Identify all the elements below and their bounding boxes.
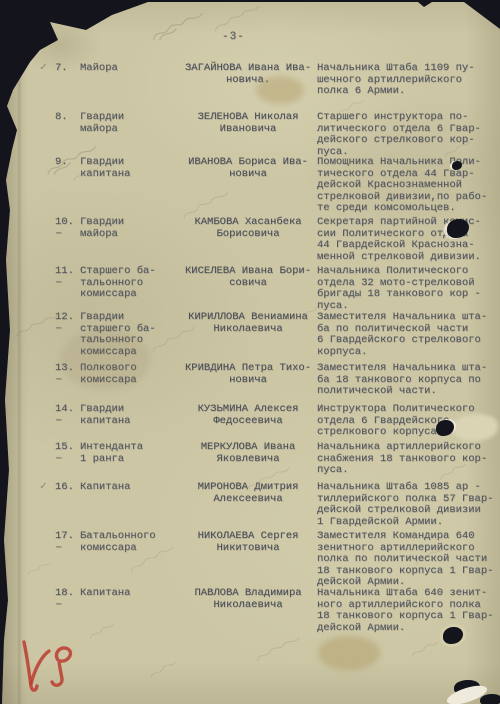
entry-dash-mark: — [56, 453, 61, 465]
rank-column: Полкового комиссара [80, 363, 176, 386]
entry-dash-mark: — [56, 542, 61, 554]
entry-number: 18. [55, 588, 79, 600]
name-column: НИКОЛАЕВА Сергея Никитовича [172, 531, 324, 554]
position-column: Заместителя Начальника шта- ба по полити… [317, 312, 498, 358]
rank-column: Капитана [80, 588, 176, 600]
entry-dash-mark: — [56, 277, 61, 289]
red-signature [16, 634, 96, 698]
entry-number: 11. [55, 266, 79, 278]
award-entries-list: ✓ 7. Майора ЗАГАЙНОВА Ивана Ива- новича.… [0, 0, 500, 704]
paper-tear [452, 414, 498, 441]
rank-column: Гвардии капитана [80, 157, 176, 180]
position-column: Начальника Штаба 640 зенит- ного артилле… [317, 588, 498, 634]
name-column: КИСЕЛЕВА Ивана Бори- совича [172, 266, 324, 289]
position-column: Начальника артиллерийского снабжения 18 … [317, 442, 498, 477]
rank-column: Гвардии капитана [80, 404, 176, 427]
checkmark: ✓ [40, 63, 47, 75]
entry-number: 15. [55, 442, 79, 454]
entry-number: 7. [55, 63, 79, 75]
entry-number: 13. [55, 363, 79, 375]
entry-number: 14. [55, 404, 79, 416]
entry-number: 10. [55, 217, 79, 229]
name-column: КРИВДИНА Петра Тихо- новича [172, 363, 324, 386]
position-column: Помощника Начальника Поли- тического отд… [317, 157, 498, 215]
name-column: ЗЕЛЕНОВА Николая Ивановича [172, 112, 324, 135]
entry-dash-mark: — [56, 599, 61, 611]
name-column: КУЗЬМИНА Алексея Федосеевича [172, 404, 324, 427]
entry-dash-mark: — [56, 323, 61, 335]
rank-column: Гвардии майора [80, 112, 176, 135]
name-column: ИВАНОВА Бориса Ива- новича [172, 157, 324, 180]
name-column: ПАВЛОВА Владимира Николаевича [172, 588, 324, 611]
scan-background: -3- ✓ 7. Майора ЗАГАЙНОВА Ивана Ива- нов… [0, 0, 500, 704]
document-page: -3- ✓ 7. Майора ЗАГАЙНОВА Ивана Ива- нов… [0, 0, 500, 704]
position-column: Заместителя Начальника шта- ба 18 танков… [317, 363, 498, 398]
rank-column: Капитана [80, 482, 176, 494]
entry-dash-mark: — [56, 228, 61, 240]
position-column: Начальника Политического отдела 32 мото-… [317, 266, 498, 312]
name-column: КИРИЛЛОВА Вениамина Николаевича [172, 312, 324, 335]
name-column: МИРОНОВА Дмитрия Алексеевича [172, 482, 324, 505]
position-column: Заместителя Командира 640 зенитного арти… [317, 531, 498, 589]
entry-number: 8. [55, 112, 79, 124]
name-column: МЕРКУЛОВА Ивана Яковлевича [172, 442, 324, 465]
checkmark: ✓ [40, 482, 47, 494]
position-column: Начальника Штаба 1085 ар - тиллерийского… [317, 482, 498, 528]
position-column: Начальника Штаба 1109 пу- шечного артилл… [317, 63, 498, 98]
name-column: ЗАГАЙНОВА Ивана Ива- новича. [172, 63, 324, 86]
rank-column: Старшего ба- тальонного комиссара [80, 266, 176, 301]
rank-column: Майора [80, 63, 176, 75]
position-column: Секретаря партийной комис- сии Политичес… [317, 217, 498, 263]
entry-number: 12. [55, 312, 79, 324]
rank-column: Гвардии старшего ба- тальонного комиссар… [80, 312, 176, 358]
rank-column: Интенданта 1 ранга [80, 442, 176, 465]
rank-column: Гвардии майора [80, 217, 176, 240]
entry-dash-mark: — [56, 415, 61, 427]
entry-dash-mark: — [56, 374, 61, 386]
name-column: КАМБОВА Хасанбека Борисовича [172, 217, 324, 240]
entry-number: 9. [55, 157, 79, 169]
entry-number: 16. [55, 482, 79, 494]
position-column: Старшего инструктора по- литического отд… [317, 112, 498, 158]
paper-hole [480, 694, 500, 704]
rank-column: Батальонного комиссара [80, 531, 176, 554]
entry-number: 17. [55, 531, 79, 543]
